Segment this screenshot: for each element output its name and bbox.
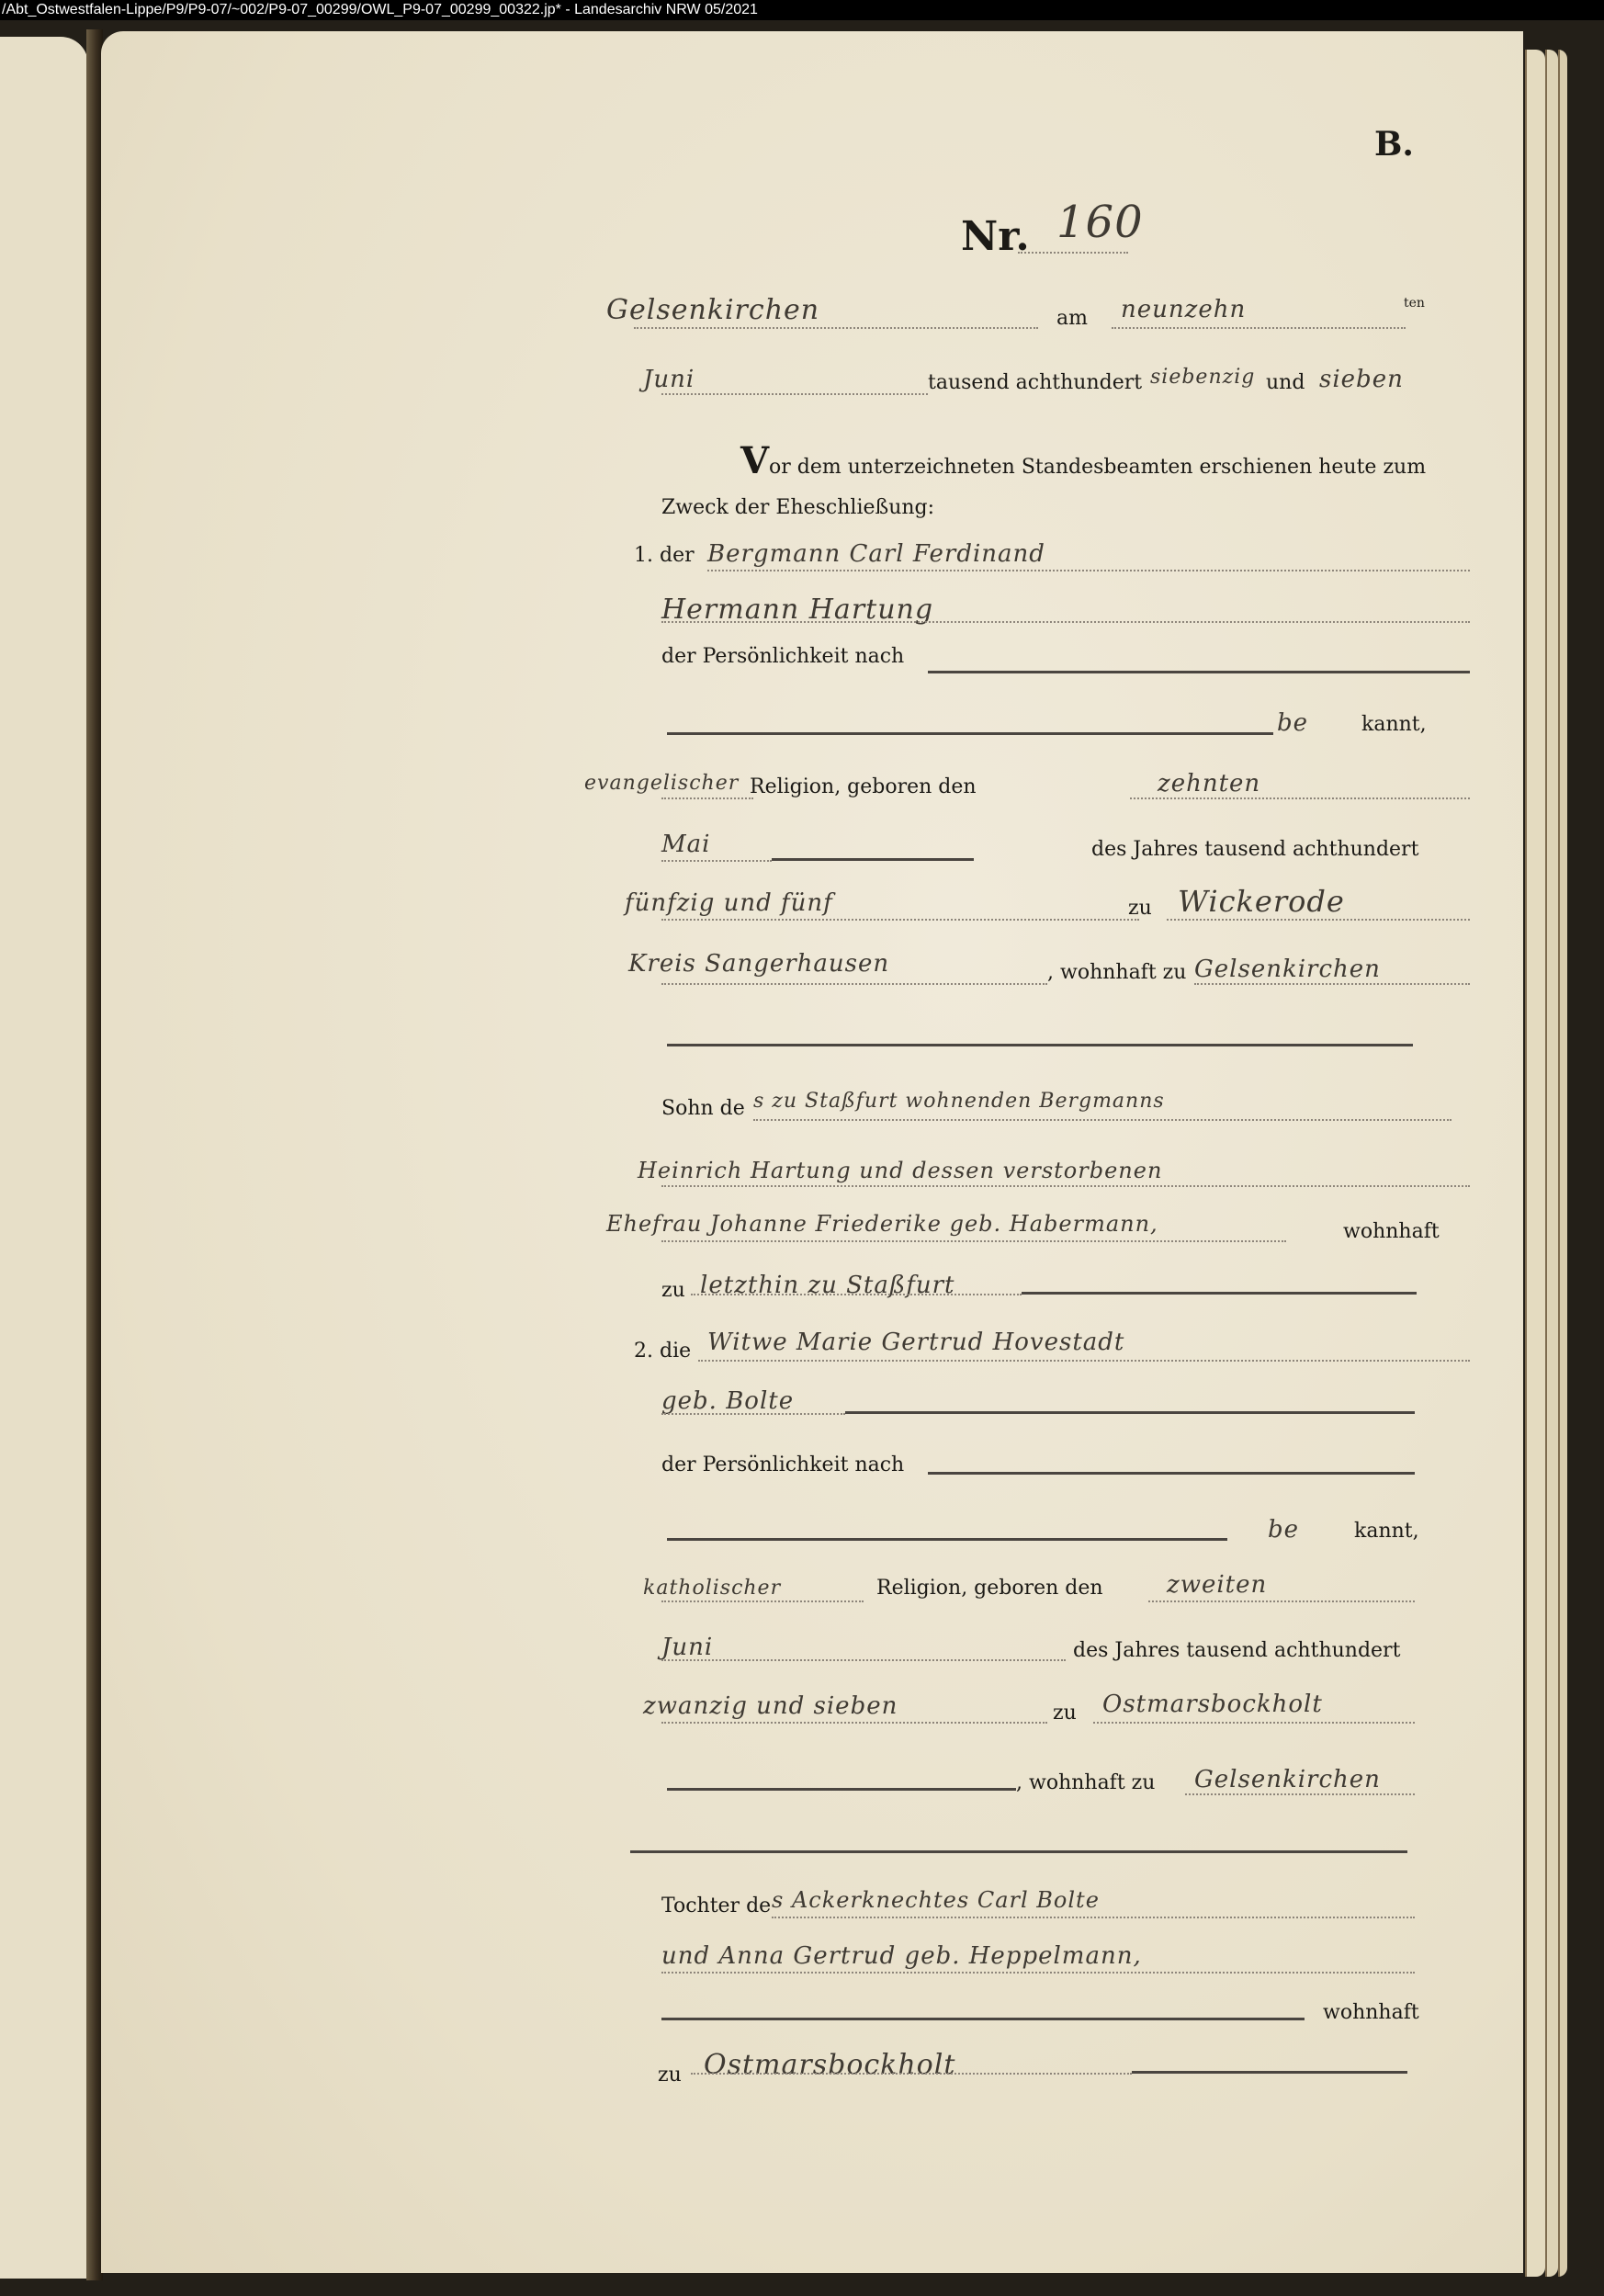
bride-religion-label: Religion, geboren den — [876, 1577, 1103, 1600]
bride-known-label: kannt, — [1354, 1520, 1419, 1543]
groom-birthplace: Wickerode — [1178, 884, 1345, 919]
groom-name-line-1: Bergmann Carl Ferdinand — [707, 540, 1045, 568]
groom-parents-line-2: Heinrich Hartung und dessen verstorbenen — [638, 1158, 1162, 1183]
bride-parents-label: Tochter de — [661, 1894, 771, 1917]
groom-parents-zu-label: zu — [661, 1279, 685, 1302]
record-number: 160 — [1056, 197, 1144, 248]
bride-parents-line-1: s Ackerknechtes Carl Bolte — [772, 1887, 1100, 1913]
form-line — [661, 393, 928, 395]
form-line — [661, 1240, 1286, 1242]
form-line — [661, 1413, 845, 1415]
bride-parents-zu-label: zu — [658, 2064, 682, 2087]
groom-birth-day: zehnten — [1158, 770, 1260, 797]
groom-parents-line-1: s zu Staßfurt wohnenden Bergmanns — [753, 1090, 1165, 1113]
page-stack-edge — [1545, 50, 1558, 2277]
struck-line — [845, 1411, 1415, 1414]
groom-parents-label: Sohn de — [661, 1097, 745, 1120]
bride-zu-label: zu — [1053, 1702, 1077, 1725]
struck-line — [667, 1538, 1227, 1541]
bride-religion: katholischer — [643, 1577, 781, 1600]
form-line — [661, 1972, 1415, 1974]
form-line — [661, 983, 1047, 985]
groom-zu-label: zu — [1128, 897, 1152, 920]
groom-resident-label: , wohnhaft zu — [1047, 961, 1186, 984]
bride-index-label: 2. die — [634, 1340, 691, 1363]
form-line — [772, 1917, 1415, 1918]
bride-personality-label: der Persönlichkeit nach — [661, 1453, 904, 1476]
registry-year-decade: siebenzig — [1150, 366, 1255, 389]
struck-line — [661, 2018, 1305, 2020]
groom-parents-line-3: Ehefrau Johanne Friederike geb. Haberman… — [606, 1211, 1158, 1237]
struck-line — [928, 1472, 1415, 1475]
groom-birth-month: Mai — [661, 831, 710, 858]
am-label: am — [1056, 307, 1088, 330]
struck-line — [928, 671, 1470, 673]
intro-line-1: Vor dem unterzeichneten Standesbeamten e… — [740, 439, 1426, 482]
form-line — [1112, 327, 1406, 329]
form-line — [661, 797, 753, 799]
registry-day: neunzehn — [1121, 296, 1246, 323]
struck-line — [667, 1788, 1016, 1791]
groom-known-prefix: be — [1277, 709, 1308, 737]
groom-known-label: kannt, — [1361, 713, 1427, 736]
register-page — [101, 31, 1523, 2273]
groom-residence: Gelsenkirchen — [1194, 956, 1381, 983]
form-line — [661, 621, 1470, 623]
groom-religion: evangelischer — [584, 772, 739, 795]
bride-parents-line-2: und Anna Gertrud geb. Heppelmann, — [661, 1942, 1142, 1970]
intro-dropcap: V — [740, 439, 769, 482]
und-label: und — [1266, 371, 1305, 394]
form-line — [661, 1600, 864, 1602]
form-line — [661, 1722, 1047, 1724]
registry-year-unit: sieben — [1319, 366, 1404, 393]
bride-birth-day: zweiten — [1167, 1571, 1267, 1599]
form-line — [691, 2073, 1132, 2075]
bride-parents-residence: Ostmarsbockholt — [704, 2049, 955, 2081]
bride-known-prefix: be — [1268, 1516, 1299, 1544]
bride-birth-year: zwanzig und sieben — [643, 1692, 898, 1720]
struck-line — [667, 732, 1273, 735]
section-letter: B. — [1374, 125, 1414, 164]
groom-year-label: des Jahres tausend achthundert — [1091, 838, 1418, 861]
form-line — [661, 919, 1139, 921]
groom-religion-label: Religion, geboren den — [750, 775, 977, 798]
form-line — [1130, 797, 1470, 799]
record-number-line — [1018, 252, 1128, 254]
struck-line — [1022, 1292, 1417, 1295]
intro-line-1-text: or dem unterzeichneten Standesbeamten er… — [769, 456, 1426, 479]
struck-line — [1132, 2071, 1407, 2074]
form-line — [1185, 1793, 1415, 1795]
intro-line-2: Zweck der Eheschließung: — [661, 496, 934, 519]
form-line — [698, 1360, 1470, 1362]
form-line — [661, 860, 772, 862]
left-page — [0, 37, 88, 2279]
bride-birthplace: Ostmarsbockholt — [1102, 1691, 1323, 1718]
window-title: /Abt_Ostwestfalen-Lippe/P9/P9-07/~002/P9… — [0, 0, 1604, 20]
bride-year-label: des Jahres tausend achthundert — [1073, 1639, 1400, 1662]
struck-line — [667, 1044, 1413, 1046]
struck-line — [772, 858, 974, 861]
registry-place: Gelsenkirchen — [606, 294, 819, 326]
bride-name-line-1: Witwe Marie Gertrud Hovestadt — [707, 1329, 1124, 1356]
groom-personality-label: der Persönlichkeit nach — [661, 645, 904, 668]
form-line — [707, 570, 1470, 571]
registry-month: Juni — [643, 366, 695, 393]
groom-parents-resident-label: wohnhaft — [1343, 1220, 1440, 1243]
page-stack-edge — [1558, 50, 1567, 2277]
form-line — [661, 1185, 1470, 1187]
form-line — [1093, 1722, 1415, 1724]
groom-index-label: 1. der — [634, 544, 695, 567]
struck-line — [630, 1850, 1407, 1853]
groom-birth-year: fünfzig und fünf — [625, 889, 833, 917]
form-line — [1194, 983, 1470, 985]
bride-residence: Gelsenkirchen — [1194, 1766, 1381, 1793]
form-line — [634, 327, 1038, 329]
bride-parents-resident-label: wohnhaft — [1323, 2001, 1419, 2024]
page-stack-edge — [1525, 50, 1545, 2277]
groom-birthplace-district: Kreis Sangerhausen — [628, 950, 889, 978]
form-line — [691, 1294, 1022, 1295]
form-line — [661, 1659, 1066, 1661]
form-line — [753, 1119, 1452, 1121]
bride-birth-month: Juni — [661, 1634, 713, 1661]
bride-name-line-2: geb. Bolte — [661, 1387, 794, 1415]
form-line — [1148, 1600, 1415, 1602]
day-suffix: ten — [1404, 296, 1425, 311]
form-line — [1167, 919, 1470, 921]
year-label: tausend achthundert — [928, 371, 1142, 394]
bride-resident-label: , wohnhaft zu — [1016, 1771, 1155, 1794]
